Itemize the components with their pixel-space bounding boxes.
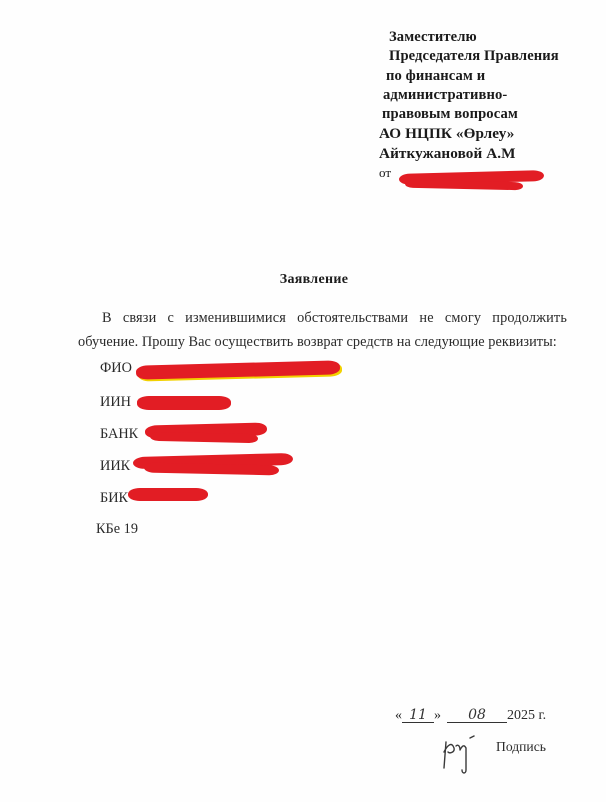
- date-day: 11: [402, 708, 434, 723]
- addressee-line: Председателя Правления: [379, 47, 559, 66]
- signature-label: Подпись: [496, 739, 546, 755]
- field-label: ФИО: [100, 360, 132, 376]
- redaction-iin: [137, 396, 231, 410]
- field-label: БИК: [100, 490, 128, 506]
- date-month: 08: [447, 708, 507, 723]
- from-label: от: [379, 165, 391, 180]
- date-line: «11»082025 г.: [395, 708, 546, 724]
- redaction-fio: [136, 360, 340, 379]
- field-kbe: КБе 19: [96, 521, 138, 538]
- recipient-name: Айткужановой А.М: [379, 144, 559, 163]
- field-label: ИИН: [100, 394, 131, 410]
- addressee-line: Заместителю: [379, 28, 559, 47]
- body-paragraph: В связи с изменившимися обстоятельствами…: [78, 306, 567, 354]
- redaction-iik: [144, 463, 279, 476]
- field-bik: БИК: [100, 490, 128, 507]
- redaction-bank: [150, 432, 258, 443]
- date-open-quote: «: [395, 708, 402, 723]
- field-label: БАНК: [100, 426, 138, 442]
- redaction-bik: [128, 488, 208, 501]
- body-line-1: В связи с изменившимися обстоятельствами…: [78, 306, 567, 330]
- addressee-line: правовым вопросам: [379, 105, 559, 124]
- document-title: Заявление: [0, 272, 606, 288]
- field-iin: ИИН: [100, 394, 131, 411]
- addressee-line: по финансам и: [379, 67, 559, 86]
- date-close-quote: »: [434, 708, 441, 723]
- redaction-sender: [405, 180, 523, 190]
- addressee-block: Заместителю Председателя Правления по фи…: [379, 28, 559, 182]
- date-year: 2025 г.: [507, 708, 546, 723]
- field-fio: ФИО: [100, 360, 132, 377]
- field-iik: ИИК: [100, 458, 130, 475]
- addressee-line: административно-: [379, 86, 559, 105]
- field-label: ИИК: [100, 458, 130, 474]
- organization-name: АО НЦПК «Өрлеу»: [379, 124, 559, 143]
- document-page: Заместителю Председателя Правления по фи…: [0, 0, 606, 802]
- handwritten-signature-icon: [440, 728, 492, 776]
- field-bank: БАНК: [100, 426, 138, 443]
- body-line-2: обучение. Прошу Вас осуществить возврат …: [78, 330, 567, 354]
